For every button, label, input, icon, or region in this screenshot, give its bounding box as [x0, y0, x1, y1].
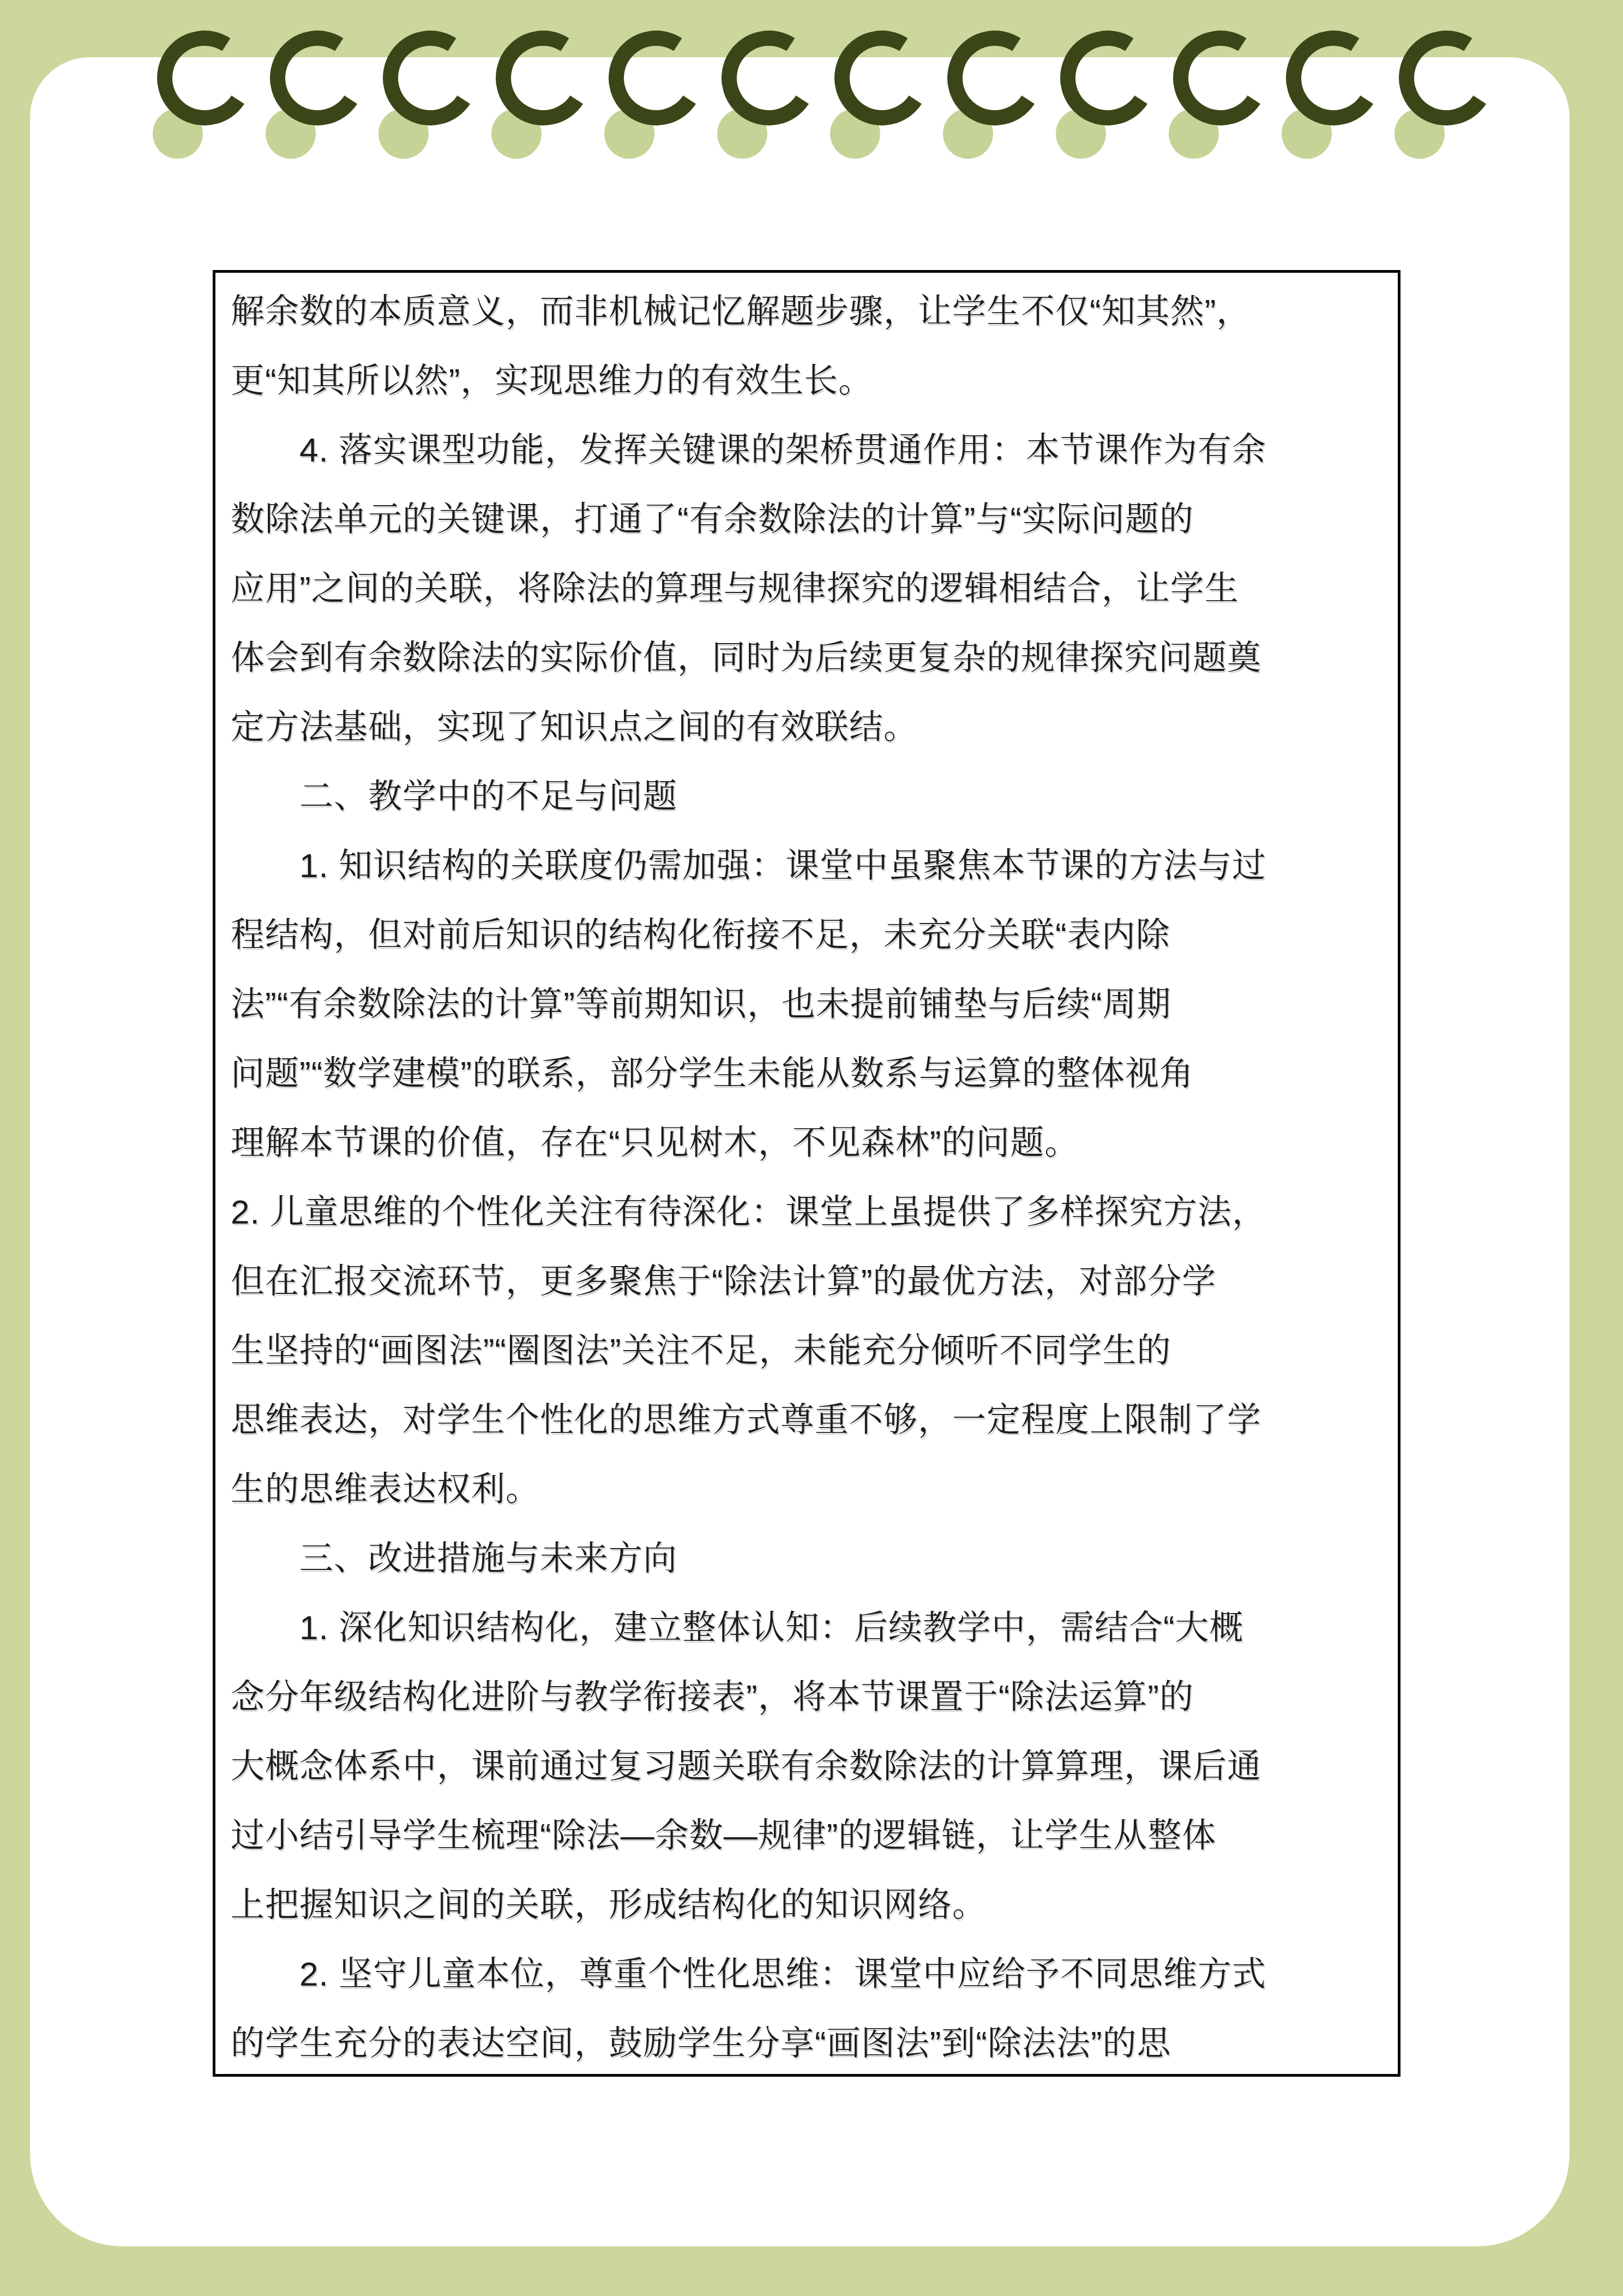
text-line: 上把握知识之间的关联，形成结构化的知识网络。 — [231, 1871, 1372, 1940]
text-line: 体会到有余数除法的实际价值，同时为后续更复杂的规律探究问题奠 — [231, 624, 1372, 693]
text-line: 思维表达，对学生个性化的思维方式尊重不够，一定程度上限制了学 — [231, 1386, 1372, 1455]
text-line: 1. 深化知识结构化，建立整体认知：后续教学中，需结合“大概 — [231, 1593, 1372, 1663]
spiral-binding — [0, 0, 1623, 191]
binding-ring — [1286, 31, 1381, 167]
notebook-page: 解余数的本质意义，而非机械记忆解题步骤，让学生不仅“知其然”，更“知其所以然”，… — [0, 0, 1623, 2296]
binding-ring — [609, 31, 704, 167]
text-line: 数除法单元的关键课，打通了“有余数除法的计算”与“实际问题的 — [231, 485, 1372, 554]
binding-ring — [157, 31, 252, 167]
binding-ring — [383, 31, 478, 167]
binding-ring — [1399, 31, 1494, 167]
binding-ring — [496, 31, 591, 167]
text-line: 解余数的本质意义，而非机械记忆解题步骤，让学生不仅“知其然”， — [231, 277, 1372, 346]
binding-ring — [722, 31, 816, 167]
text-line: 定方法基础，实现了知识点之间的有效联结。 — [231, 693, 1372, 762]
text-line: 应用”之间的关联，将除法的算理与规律探究的逻辑相结合，让学生 — [231, 554, 1372, 624]
text-line: 二、教学中的不足与问题 — [231, 762, 1372, 831]
text-line: 4. 落实课型功能，发挥关键课的架桥贯通作用：本节课作为有余 — [231, 416, 1372, 485]
text-line: 生的思维表达权利。 — [231, 1455, 1372, 1524]
text-line: 理解本节课的价值，存在“只见树木，不见森林”的问题。 — [231, 1108, 1372, 1178]
text-line: 2. 儿童思维的个性化关注有待深化：课堂上虽提供了多样探究方法， — [231, 1178, 1372, 1247]
text-line: 的学生充分的表达空间，鼓励学生分享“画图法”到“除法法”的思 — [231, 2009, 1372, 2077]
text-line: 生坚持的“画图法”“圈图法”关注不足，未能充分倾听不同学生的 — [231, 1316, 1372, 1386]
text-line: 问题”“数学建模”的联系，部分学生未能从数系与运算的整体视角 — [231, 1039, 1372, 1108]
binding-ring — [270, 31, 365, 167]
text-line: 程结构，但对前后知识的结构化衔接不足，未充分关联“表内除 — [231, 901, 1372, 970]
binding-ring — [947, 31, 1042, 167]
document-body: 解余数的本质意义，而非机械记忆解题步骤，让学生不仅“知其然”，更“知其所以然”，… — [215, 273, 1398, 2077]
binding-ring — [1173, 31, 1268, 167]
text-line: 过小结引导学生梳理“除法—余数—规律”的逻辑链，让学生从整体 — [231, 1801, 1372, 1871]
binding-ring — [1060, 31, 1155, 167]
text-line: 三、改进措施与未来方向 — [231, 1524, 1372, 1593]
text-line: 法”“有余数除法的计算”等前期知识，也未提前铺垫与后续“周期 — [231, 970, 1372, 1039]
text-line: 但在汇报交流环节，更多聚焦于“除法计算”的最优方法，对部分学 — [231, 1247, 1372, 1316]
text-line: 2. 坚守儿童本位，尊重个性化思维：课堂中应给予不同思维方式 — [231, 1940, 1372, 2009]
document-text-box: 解余数的本质意义，而非机械记忆解题步骤，让学生不仅“知其然”，更“知其所以然”，… — [213, 270, 1400, 2077]
text-line: 念分年级结构化进阶与教学衔接表”，将本节课置于“除法运算”的 — [231, 1663, 1372, 1732]
binding-ring — [834, 31, 929, 167]
text-line: 1. 知识结构的关联度仍需加强：课堂中虽聚焦本节课的方法与过 — [231, 831, 1372, 901]
text-line: 更“知其所以然”，实现思维力的有效生长。 — [231, 346, 1372, 416]
text-line: 大概念体系中，课前通过复习题关联有余数除法的计算算理，课后通 — [231, 1732, 1372, 1801]
